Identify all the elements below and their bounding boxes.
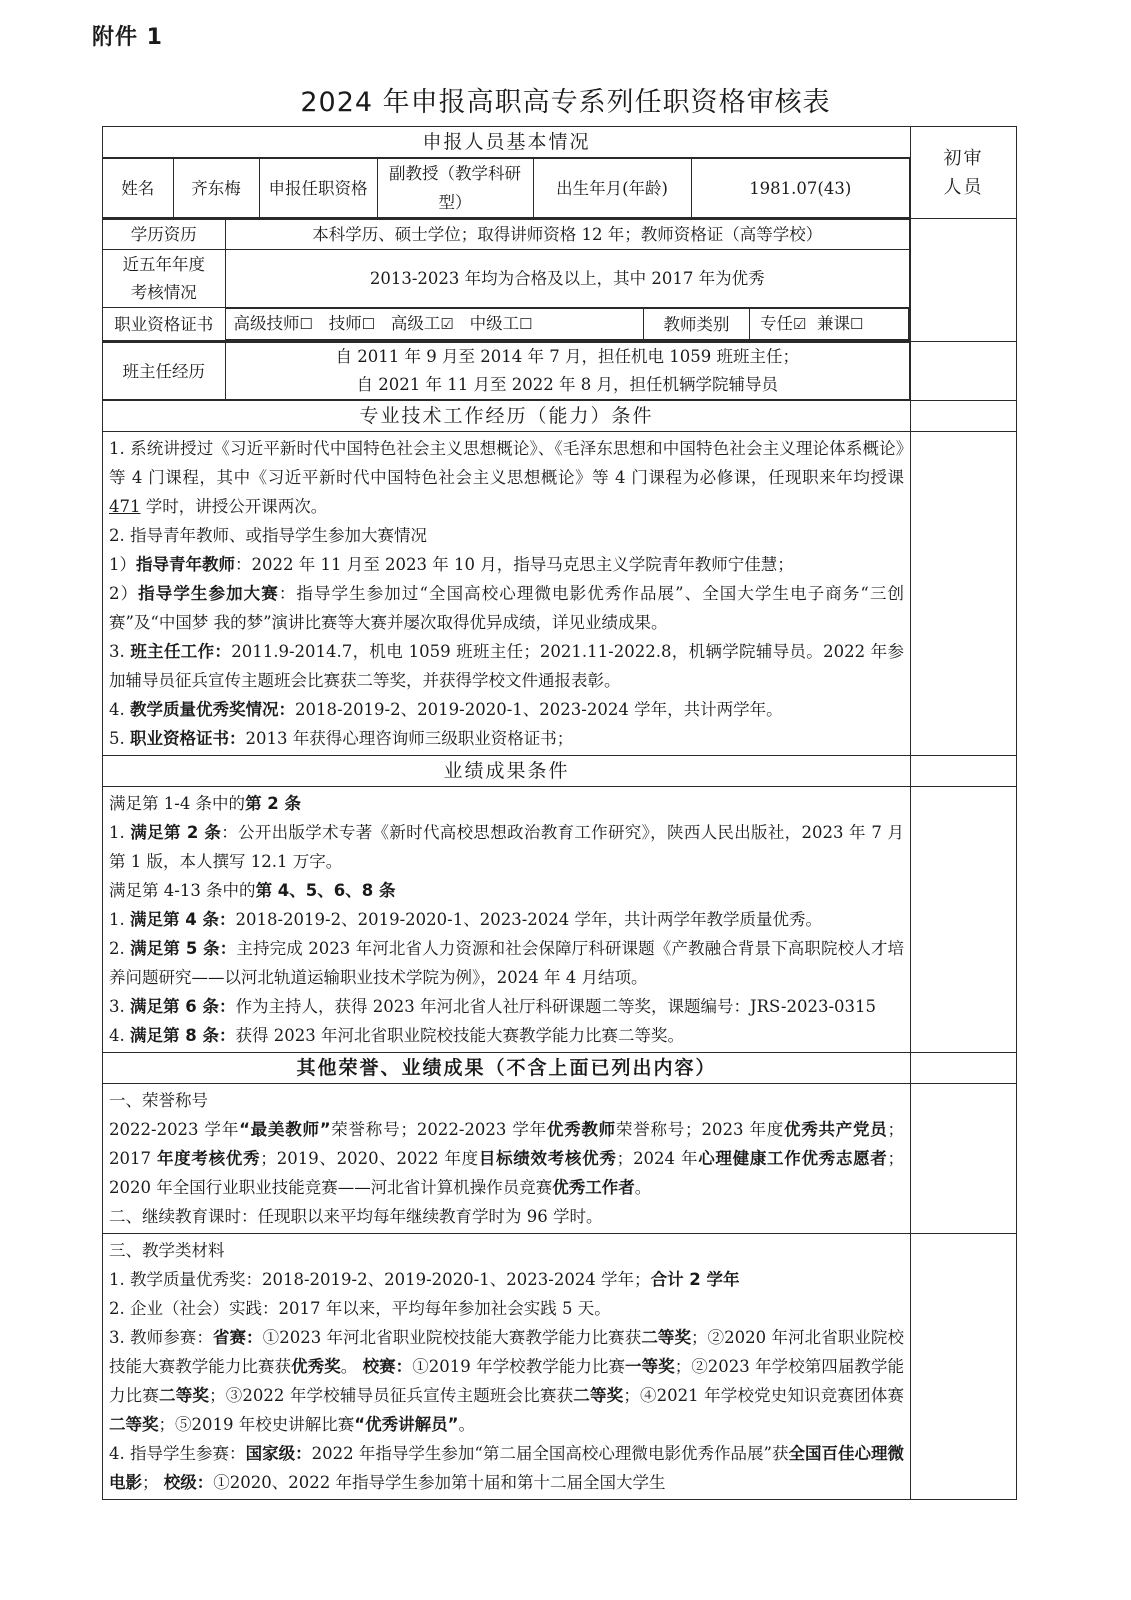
- text-run: ；: [142, 1473, 164, 1492]
- birth-value: 1981.07(43): [691, 159, 910, 218]
- review-cell-honors[interactable]: [911, 1084, 1017, 1234]
- emphasis-text: 省赛：: [213, 1328, 263, 1347]
- teaching-heading: 三、教学类材料: [109, 1236, 904, 1265]
- head-teacher-line: 自 2011 年 9 月至 2014 年 7 月，担任机电 1059 班班主任；: [232, 343, 904, 371]
- achievement-group-1-intro: 满足第 1-4 条中的第 2 条: [109, 789, 904, 818]
- qualification-value: 副教授（教学科研型）: [377, 159, 533, 218]
- head-teacher-line: 自 2021 年 11 月至 2022 年 8 月，担任机辆学院辅导员: [232, 371, 904, 399]
- emphasis-text: 二等奖: [641, 1328, 691, 1347]
- head-teacher-value: 自 2011 年 9 月至 2014 年 7 月，担任机电 1059 班班主任；…: [225, 343, 910, 400]
- review-cell-teaching[interactable]: [911, 1234, 1017, 1500]
- review-form-table: 申报人员基本情况 初审人员 姓名 齐东梅 申报任职资格 副教授（教学科研型） 出…: [102, 126, 1017, 1500]
- achievement-group-2-item: 3. 满足第 6 条：作为主持人，获得 2023 年河北省人社厅科研课题二等奖，…: [109, 992, 904, 1021]
- emphasis-text: 优秀共产党员: [784, 1120, 888, 1139]
- achievement-group-2-item: 2. 满足第 5 条：主持完成 2023 年河北省人力资源和社会保障厅科研课题《…: [109, 934, 904, 992]
- name-row: 姓名 齐东梅 申报任职资格 副教授（教学科研型） 出生年月(年龄) 1981.0…: [103, 158, 911, 219]
- emphasis-text: 二等奖: [109, 1415, 159, 1434]
- text-run: 荣誉称号；2022-2023 学年: [331, 1120, 547, 1139]
- qualification-label: 申报任职资格: [259, 159, 377, 218]
- teacher-type-fulltime[interactable]: 专任☑: [760, 314, 806, 333]
- professional-item-2-2: 2）指导学生参加大赛：指导学生参加过“全国高校心理微电影优秀作品展”、全国大学生…: [109, 579, 904, 637]
- name-value: 齐东梅: [173, 159, 259, 218]
- review-cell-professional-header[interactable]: [911, 401, 1017, 432]
- review-column-header: 初审人员: [911, 127, 1017, 219]
- professional-item-3: 3. 班主任工作：2011.9-2014.7，机电 1059 班班主任；2021…: [109, 637, 904, 695]
- professional-item-2: 2. 指导青年教师、或指导学生参加大赛情况: [109, 521, 904, 550]
- cert-technician[interactable]: 技师☐: [329, 314, 375, 333]
- section-professional-title: 专业技术工作经历（能力）条件: [103, 401, 911, 432]
- professional-item-5: 5. 职业资格证书：2013 年获得心理咨询师三级职业资格证书；: [109, 724, 904, 753]
- certificate-options: 高级技师☐ 技师☐ 高级工☑ 中级工☐: [226, 309, 644, 340]
- continuing-education: 二、继续教育课时：任现职以来平均每年继续教育学时为 96 学时。: [109, 1202, 904, 1231]
- emphasis-text: 国家级：: [246, 1444, 312, 1463]
- teacher-type-parttime[interactable]: 兼课☐: [817, 314, 863, 333]
- text-run: 2022 年指导学生参加“第二届全国高校心理微电影优秀作品展”获: [312, 1444, 789, 1463]
- professional-item-4: 4. 教学质量优秀奖情况：2018-2019-2、2019-2020-1、202…: [109, 695, 904, 724]
- certificate-label: 职业资格证书: [103, 308, 225, 341]
- emphasis-text: 年度考核优秀: [157, 1149, 260, 1168]
- head-teacher-label: 班主任经历: [103, 343, 225, 400]
- section-basic-info-title: 申报人员基本情况: [103, 127, 911, 158]
- cert-intermediate-worker[interactable]: 中级工☐: [470, 314, 533, 333]
- section-other-title: 其他荣誉、业绩成果（不含上面已列出内容）: [103, 1053, 911, 1084]
- checkbox-checked-icon[interactable]: ☑: [440, 310, 453, 339]
- assessment-label-line2: 考核情况: [109, 279, 219, 307]
- review-cell-achievements-header[interactable]: [911, 756, 1017, 787]
- checkbox-unchecked-icon[interactable]: ☐: [519, 310, 532, 339]
- honors-content: 一、荣誉称号 2022-2023 学年“最美教师”荣誉称号；2022-2023 …: [103, 1084, 911, 1234]
- honors-heading: 一、荣誉称号: [109, 1086, 904, 1115]
- emphasis-text: 优秀教师: [547, 1120, 616, 1139]
- emphasis-text: 二等奖: [159, 1386, 209, 1405]
- teaching-item-1: 1. 教学质量优秀奖：2018-2019-2、2019-2020-1、2023-…: [109, 1265, 904, 1294]
- text-run: 2022-2023 学年: [109, 1120, 239, 1139]
- checkbox-checked-icon[interactable]: ☑: [793, 310, 806, 339]
- emphasis-text: 校级：: [164, 1473, 214, 1492]
- text-run: ；④2021 年学校党史知识竞赛团体赛: [623, 1386, 904, 1405]
- assessment-label-line1: 近五年年度: [109, 251, 219, 279]
- assessment-value: 2013-2023 年均为合格及以上，其中 2017 年为优秀: [225, 250, 910, 308]
- review-cell-head-teacher[interactable]: [911, 342, 1017, 401]
- review-cell-achievements[interactable]: [911, 787, 1017, 1053]
- text-run: ；③2022 年学校辅导员征兵宣传主题班会比赛获: [209, 1386, 573, 1405]
- professional-content: 1. 系统讲授过《习近平新时代中国特色社会主义思想概论》、《毛泽东思想和中国特色…: [103, 432, 911, 756]
- teaching-item-2: 2. 企业（社会）实践：2017 年以来，平均每年参加社会实践 5 天。: [109, 1294, 904, 1323]
- text-run: ；2019、2020、2022 年度: [260, 1149, 479, 1168]
- professional-item-1: 1. 系统讲授过《习近平新时代中国特色社会主义思想概论》、《毛泽东思想和中国特色…: [109, 434, 904, 521]
- education-block: 学历资历 本科学历、硕士学位；取得讲师资格 12 年；教师资格证（高等学校） 近…: [103, 219, 911, 342]
- certificate-row: 高级技师☐ 技师☐ 高级工☑ 中级工☐ 教师类别 专任☑ 兼课☐: [225, 308, 910, 341]
- achievement-group-2-item: 4. 满足第 8 条：获得 2023 年河北省职业院校技能大赛教学能力比赛二等奖…: [109, 1021, 904, 1050]
- emphasis-text: 优秀工作者: [552, 1178, 635, 1197]
- teaching-item-4: 4. 指导学生参赛：国家级：2022 年指导学生参加“第二届全国高校心理微电影优…: [109, 1439, 904, 1497]
- text-run: 。: [635, 1178, 652, 1197]
- text-run: 。: [341, 1357, 363, 1376]
- checkbox-unchecked-icon[interactable]: ☐: [362, 310, 375, 339]
- text-run: ①2020、2022 年指导学生参加第十届和第十二届全国大学生: [213, 1473, 665, 1492]
- teaching-item-3: 3. 教师参赛：省赛：①2023 年河北省职业院校技能大赛教学能力比赛获二等奖；…: [109, 1323, 904, 1439]
- education-label: 学历资历: [103, 220, 225, 250]
- teaching-content: 三、教学类材料 1. 教学质量优秀奖：2018-2019-2、2019-2020…: [103, 1234, 911, 1500]
- teacher-type-options: 专任☑ 兼课☐: [750, 309, 909, 340]
- emphasis-text: 校赛：: [363, 1357, 413, 1376]
- text-run: ①2023 年河北省职业院校技能大赛教学能力比赛获: [263, 1328, 642, 1347]
- emphasis-text: 二等奖: [573, 1386, 623, 1405]
- text-run: 3. 教师参赛：: [109, 1328, 213, 1347]
- emphasis-text: 一等奖: [625, 1357, 675, 1376]
- text-run: 荣誉称号；2023 年度: [616, 1120, 784, 1139]
- text-run: ；2024 年: [617, 1149, 699, 1168]
- emphasis-text: 优秀奖: [291, 1357, 341, 1376]
- emphasis-text: “最美教师”: [239, 1120, 330, 1139]
- head-teacher-block: 班主任经历 自 2011 年 9 月至 2014 年 7 月，担任机电 1059…: [103, 342, 911, 401]
- assessment-label: 近五年年度 考核情况: [103, 250, 225, 308]
- professional-item-2-1: 1）指导青年教师：2022 年 11 月至 2023 年 10 月，指导马克思主…: [109, 550, 904, 579]
- review-cell-other-header[interactable]: [911, 1053, 1017, 1084]
- review-cell-basic[interactable]: [911, 219, 1017, 342]
- emphasis-text: “优秀讲解员”: [354, 1415, 458, 1434]
- text-run: 4. 指导学生参赛：: [109, 1444, 246, 1463]
- achievements-content: 满足第 1-4 条中的第 2 条 1. 满足第 2 条：公开出版学术专著《新时代…: [103, 787, 911, 1053]
- name-label: 姓名: [103, 159, 173, 218]
- achievement-group-2-intro: 满足第 4-13 条中的第 4、5、6、8 条: [109, 876, 904, 905]
- cert-senior-worker[interactable]: 高级工☑: [391, 314, 454, 333]
- section-achievements-title: 业绩成果条件: [103, 756, 911, 787]
- emphasis-text: 心理健康工作优秀志愿者: [698, 1149, 887, 1168]
- text-run: ；⑤2019 年校史讲解比赛: [159, 1415, 355, 1434]
- achievement-group-2-item: 1. 满足第 4 条：2018-2019-2、2019-2020-1、2023-…: [109, 905, 904, 934]
- document-title: 2024 年申报高职高专系列任职资格审核表: [0, 80, 1131, 119]
- text-run: 。: [458, 1415, 475, 1434]
- education-value: 本科学历、硕士学位；取得讲师资格 12 年；教师资格证（高等学校）: [225, 220, 910, 250]
- checkbox-unchecked-icon[interactable]: ☐: [850, 310, 863, 339]
- teacher-type-label: 教师类别: [644, 309, 750, 340]
- text-run: ①2019 年学校教学能力比赛: [412, 1357, 625, 1376]
- attachment-label: 附件 1: [92, 20, 163, 51]
- birth-label: 出生年月(年龄): [533, 159, 691, 218]
- achievement-group-1-item: 1. 满足第 2 条：公开出版学术专著《新时代高校思想政治教育工作研究》，陕西人…: [109, 818, 904, 876]
- cert-senior-technician[interactable]: 高级技师☐: [234, 314, 313, 333]
- emphasis-text: 目标绩效考核优秀: [479, 1149, 617, 1168]
- review-cell-professional[interactable]: [911, 432, 1017, 756]
- honors-text: 2022-2023 学年“最美教师”荣誉称号；2022-2023 学年优秀教师荣…: [109, 1115, 904, 1202]
- checkbox-unchecked-icon[interactable]: ☐: [300, 310, 313, 339]
- review-column-label: 初审人员: [936, 144, 992, 202]
